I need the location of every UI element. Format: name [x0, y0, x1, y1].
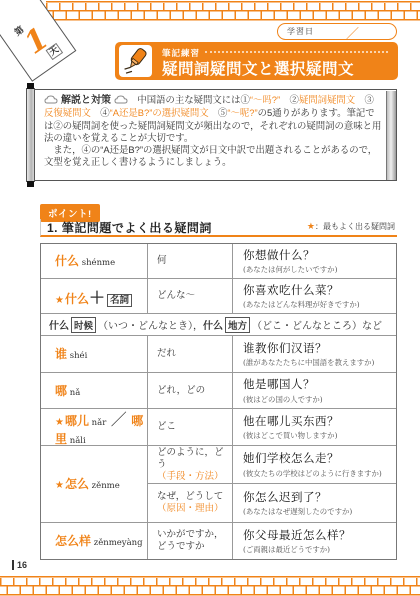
word-text: 哪 nǎ	[55, 382, 80, 400]
example-cell: 他是哪国人？ (彼はどの国の人ですか)	[233, 373, 396, 409]
word-text: 怎么样 zěnmeyàng	[55, 532, 143, 550]
meaning-cell: どれ，どの	[148, 373, 233, 409]
word-cell: 谁 shéi	[41, 336, 148, 373]
meaning-cell: いかがですか，どうですか	[148, 523, 233, 559]
study-date-label: 学習日	[287, 26, 314, 37]
meaning-text: どれ，どの	[157, 385, 205, 397]
example-translation: (あなたはどんな料理が好きですか)	[243, 299, 360, 310]
example-translation: (彼はどの国の人ですか)	[243, 394, 323, 405]
marker-pen-icon	[119, 45, 152, 77]
scroll-roll-right	[386, 91, 396, 180]
example-cell: 她们学校怎么走？ (彼女たちの学校はどのように行きますか)	[233, 446, 396, 484]
example-sentence: 你怎么迟到了？	[243, 489, 327, 505]
example-sentence: 你喜欢吃什么菜？	[243, 282, 339, 298]
explanation-paragraph-1: 解説と対策 中国語の主な疑問文には①“〜吗?” ②疑問詞疑問文 ③反復疑問文 ④…	[44, 94, 382, 144]
example-translation: (あなたは何がしたいですか)	[243, 264, 337, 275]
explanation-heading: 解説と対策	[61, 95, 111, 106]
scroll-rod-cap-bottom	[27, 181, 34, 187]
study-date-box: 学習日 ／	[277, 23, 397, 40]
meaning-text: 何	[157, 255, 167, 267]
example-sentence: 他是哪国人？	[243, 376, 315, 392]
decorative-border-bottom	[0, 575, 420, 596]
word-cell: 怎么样 zěnmeyàng	[41, 523, 148, 559]
decorative-border-top	[46, 0, 420, 21]
chapter-header-bar: 筆記練習 疑問詞疑問文と選択疑問文	[115, 42, 398, 80]
example-translation: (誰があなたたちに中国語を教えますか)	[243, 357, 374, 368]
usage-note-row: 什么时候（いつ・どんなとき），什么地方（どこ・どんなところ）など	[41, 314, 396, 336]
meaning-text: いかがですか，どうですか	[157, 529, 224, 553]
example-translation: (彼はどこで買い物しますか)	[243, 430, 337, 441]
meaning-text: どのように，どう（手段・方法）	[157, 447, 232, 483]
date-slash: ／	[346, 23, 359, 42]
dotted-rule	[205, 51, 388, 53]
word-text: ★怎么 zěnme	[55, 475, 120, 493]
explanation-paragraph-2: また，④の“A还是B?”の選択疑問文が日文中訳で出題されることがあるので，文型を…	[44, 144, 382, 169]
page-title: 疑問詞疑問文と選択疑問文	[162, 57, 354, 79]
example-translation: (ご両親は最近どうですか)	[243, 544, 330, 555]
example-cell: 他在哪儿买东西？ (彼はどこで買い物しますか)	[233, 409, 396, 446]
word-text: 谁 shéi	[55, 345, 87, 363]
example-cell: 你怎么迟到了？ (あなたはなぜ遅刻したのですか)	[233, 484, 396, 523]
scroll-rod	[26, 88, 35, 182]
interrogatives-table: 什么 shénme 何 你想做什么？ (あなたは何がしたいですか) ★什么＋名詞…	[40, 243, 397, 560]
example-sentence: 谁教你们汉语？	[243, 340, 327, 356]
header-icon-tile	[119, 45, 152, 77]
example-sentence: 她们学校怎么走？	[243, 450, 339, 466]
scroll-rod-cap-top	[27, 83, 34, 89]
example-cell: 谁教你们汉语？ (誰があなたたちに中国語を教えますか)	[233, 336, 396, 373]
word-cell: ★哪儿 nǎr ／ 哪里 nǎli	[41, 409, 148, 446]
textbook-page: 第 1 天 学習日 ／ 筆記練習 疑問詞疑問文と選択疑問文	[0, 0, 420, 596]
example-translation: (あなたはなぜ遅刻したのですか)	[243, 506, 352, 517]
word-cell: 哪 nǎ	[41, 373, 148, 409]
meaning-cell: 何	[148, 244, 233, 279]
section-heading: 1. 筆記問題でよく出る疑問詞 ★：最もよく出る疑問詞	[40, 219, 397, 237]
meaning-text: だれ	[157, 348, 176, 360]
meaning-cell: だれ	[148, 336, 233, 373]
example-translation: (彼女たちの学校はどのように行きますか)	[243, 468, 382, 479]
meaning-text: なぜ，どうして（原因・理由）	[157, 491, 224, 515]
star-legend: ★：最もよく出る疑問詞	[307, 221, 395, 232]
example-sentence: 他在哪儿买东西？	[243, 413, 339, 429]
meaning-cell: どんな〜	[148, 279, 233, 314]
meaning-cell: なぜ，どうして（原因・理由）	[148, 484, 233, 523]
meaning-text: どこ	[157, 421, 176, 433]
section-heading-text: 1. 筆記問題でよく出る疑問詞	[47, 221, 212, 235]
meaning-cell: どこ	[148, 409, 233, 446]
word-text: ★什么＋名詞	[55, 285, 134, 308]
example-cell: 你父母最近怎么样？ (ご両親は最近どうですか)	[233, 523, 396, 559]
word-text: ★哪儿 nǎr ／ 哪里 nǎli	[55, 407, 147, 448]
example-cell: 你想做什么？ (あなたは何がしたいですか)	[233, 244, 396, 279]
example-sentence: 你想做什么？	[243, 247, 315, 263]
example-sentence: 你父母最近怎么样？	[243, 527, 351, 543]
example-cell: 你喜欢吃什么菜？ (あなたはどんな料理が好きですか)	[233, 279, 396, 314]
cloud-icon	[44, 95, 58, 104]
word-cell: ★怎么 zěnme	[41, 446, 148, 523]
meaning-text: どんな〜	[157, 290, 195, 302]
explanation-text: 解説と対策 中国語の主な疑問文には①“〜吗?” ②疑問詞疑問文 ③反復疑問文 ④…	[44, 94, 382, 169]
meaning-cell: どのように，どう（手段・方法）	[148, 446, 233, 484]
star-legend-text: ：最もよく出る疑問詞	[315, 222, 395, 231]
word-cell: ★什么＋名詞	[41, 279, 148, 314]
word-text: 什么 shénme	[55, 252, 115, 270]
cloud-icon	[114, 95, 128, 104]
word-cell: 什么 shénme	[41, 244, 148, 279]
page-number: 16	[12, 560, 27, 570]
star-icon: ★	[307, 221, 315, 231]
